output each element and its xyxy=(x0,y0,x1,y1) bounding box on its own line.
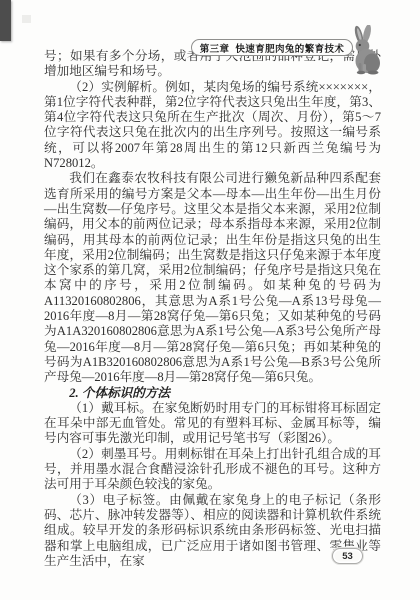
subheading-identification-methods: 2. 个体标识的方法 xyxy=(44,386,381,401)
page-body: 号；如果有多个分场，或者用于大范围的品种登记，需另外增加地区编号和场号。 （2）… xyxy=(44,49,381,569)
page-number-badge: 53 xyxy=(332,548,363,564)
paragraph-numbering-scheme: 我们在鑫泰农牧科技有限公司进行獭兔新品种四系配套选育所采用的编号方案是父本—母本… xyxy=(44,171,381,385)
paragraph-ear-tag: （1）戴耳标。在家兔断奶时用专门的耳标钳将耳标固定在耳朵中部无血管处。常见的有塑… xyxy=(44,401,381,447)
paragraph-tattoo-ear-number: （2）刺墨耳号。用刺标钳在耳朵上打出针孔组合成的耳号，并用墨水混合食醋浸涂针孔形… xyxy=(44,447,381,493)
paragraph-example-analysis: （2）实例解析。例如，某肉兔场的编号系统×××××××，第1位字符代表种群，第2… xyxy=(44,80,381,172)
book-page: 第三章 快速育肥肉兔的繁育技术 号；如果有多个分场，或者用于大范围的品种登记，需… xyxy=(0,0,420,600)
page-number: 53 xyxy=(342,551,353,562)
chapter-title: 快速育肥肉兔的繁育技术 xyxy=(235,41,344,55)
chapter-header-pill: 第三章 快速育肥肉兔的繁育技术 xyxy=(191,39,353,56)
chapter-label: 第三章 xyxy=(200,41,230,55)
paragraph-electronic-tag: （3）电子标签。由佩戴在家兔身上的电子标记（条形码、芯片、脉冲转发器等）、相应的… xyxy=(44,493,381,569)
rabbit-icon xyxy=(346,25,386,75)
